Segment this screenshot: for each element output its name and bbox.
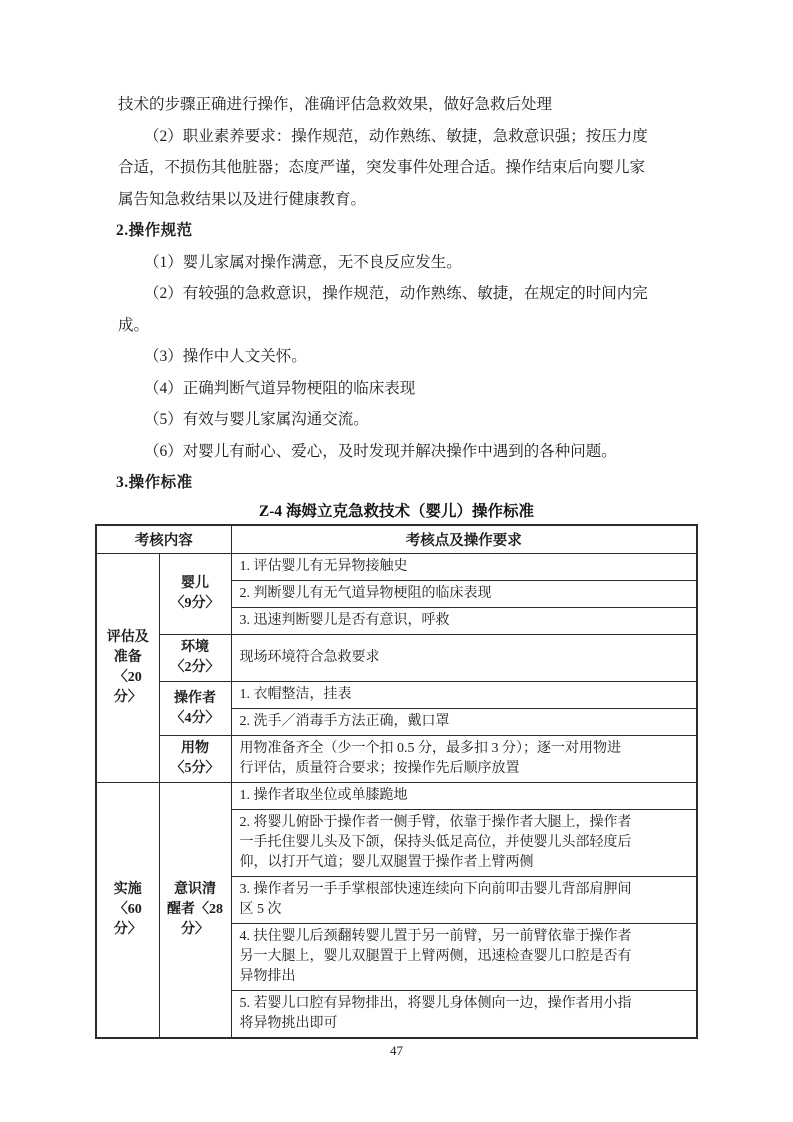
paragraph-line: （2）职业素养要求：操作规范，动作熟练、敏捷，急救意识强；按压力度 bbox=[118, 121, 684, 153]
paragraph-line: （4）正确判断气道异物梗阻的临床表现 bbox=[118, 373, 684, 405]
body-text: 技术的步骤正确进行操作，准确评估急救效果，做好急救后处理 （2）职业素养要求：操… bbox=[118, 89, 684, 499]
cell-operator-label: 操作者 〈4分〉 bbox=[159, 682, 231, 736]
cell-implementation-label: 实施 〈60 分〉 bbox=[96, 783, 159, 1039]
paragraph-line: （1）婴儿家属对操作满意，无不良反应发生。 bbox=[118, 247, 684, 279]
table-row: 操作者 〈4分〉 1. 衣帽整洁，挂表 bbox=[96, 682, 697, 709]
cell-eval-prep-label: 评估及 准备 〈20 分〉 bbox=[96, 554, 159, 783]
table-row: 评估及 准备 〈20 分〉 婴儿 〈9分〉 1. 评估婴儿有无异物接触史 bbox=[96, 554, 697, 581]
cell-operator-item: 2. 洗手／消毒手方法正确，戴口罩 bbox=[231, 709, 697, 736]
paragraph-line: 技术的步骤正确进行操作，准确评估急救效果，做好急救后处理 bbox=[118, 89, 684, 121]
table-row: 实施 〈60 分〉 意识清 醒者〈28 分〉 1. 操作者取坐位或单膝跪地 bbox=[96, 783, 697, 810]
cell-environment-label: 环境 〈2分〉 bbox=[159, 635, 231, 682]
header-cell-points-requirements: 考核点及操作要求 bbox=[231, 525, 697, 554]
table-row: 环境 〈2分〉 现场环境符合急救要求 bbox=[96, 635, 697, 682]
cell-implementation-step: 4. 扶住婴儿后颈翻转婴儿置于另一前臂，另一前臂依靠于操作者 另一大腿上，婴儿双… bbox=[231, 924, 697, 991]
section-heading-operation-norms: 2.操作规范 bbox=[116, 215, 684, 247]
cell-infant-item: 3. 迅速判断婴儿是否有意识，呼救 bbox=[231, 608, 697, 635]
paragraph-line: （2）有较强的急救意识，操作规范，动作熟练、敏捷，在规定的时间内完 bbox=[118, 278, 684, 310]
cell-infant-label: 婴儿 〈9分〉 bbox=[159, 554, 231, 635]
cell-implementation-step: 2. 将婴儿俯卧于操作者一侧手臂，依靠于操作者大腿上，操作者 一手托住婴儿头及下… bbox=[231, 810, 697, 877]
cell-infant-item: 2. 判断婴儿有无气道异物梗阻的临床表现 bbox=[231, 581, 697, 608]
section-heading-operation-standards: 3.操作标准 bbox=[116, 467, 684, 499]
cell-supplies-item: 用物准备齐全（少一个扣 0.5 分，最多扣 3 分）；逐一对用物进 行评估，质量… bbox=[231, 736, 697, 783]
cell-supplies-label: 用物 〈5分〉 bbox=[159, 736, 231, 783]
paragraph-line: 属告知急救结果以及进行健康教育。 bbox=[118, 184, 684, 216]
cell-implementation-step: 3. 操作者另一手手掌根部快速连续向下向前叩击婴儿背部肩胛间 区 5 次 bbox=[231, 877, 697, 924]
paragraph-line: （3）操作中人文关怀。 bbox=[118, 341, 684, 373]
table-row: 用物 〈5分〉 用物准备齐全（少一个扣 0.5 分，最多扣 3 分）；逐一对用物… bbox=[96, 736, 697, 783]
paragraph-line: （5）有效与婴儿家属沟通交流。 bbox=[118, 404, 684, 436]
paragraph-line: （6）对婴儿有耐心、爱心，及时发现并解决操作中遇到的各种问题。 bbox=[118, 436, 684, 468]
document-page: 技术的步骤正确进行操作，准确评估急救效果，做好急救后处理 （2）职业素养要求：操… bbox=[0, 0, 793, 1122]
cell-implementation-step: 1. 操作者取坐位或单膝跪地 bbox=[231, 783, 697, 810]
paragraph-line: 合适，不损伤其他脏器；态度严谨，突发事件处理合适。操作结束后向婴儿家 bbox=[118, 152, 684, 184]
cell-implementation-step: 5. 若婴儿口腔有异物排出，将婴儿身体侧向一边，操作者用小指 将异物挑出即可 bbox=[231, 991, 697, 1039]
page-number: 47 bbox=[0, 1043, 793, 1059]
header-cell-assessment-content: 考核内容 bbox=[96, 525, 231, 554]
paragraph-line: 成。 bbox=[118, 310, 684, 342]
table-title: Z-4 海姆立克急救技术（婴儿）操作标准 bbox=[0, 499, 793, 521]
table-header-row: 考核内容 考核点及操作要求 bbox=[96, 525, 697, 554]
standards-table: 考核内容 考核点及操作要求 评估及 准备 〈20 分〉 婴儿 〈9分〉 1. 评… bbox=[95, 524, 698, 1039]
cell-infant-item: 1. 评估婴儿有无异物接触史 bbox=[231, 554, 697, 581]
cell-conscious-label: 意识清 醒者〈28 分〉 bbox=[159, 783, 231, 1039]
cell-operator-item: 1. 衣帽整洁，挂表 bbox=[231, 682, 697, 709]
cell-environment-item: 现场环境符合急救要求 bbox=[231, 635, 697, 682]
